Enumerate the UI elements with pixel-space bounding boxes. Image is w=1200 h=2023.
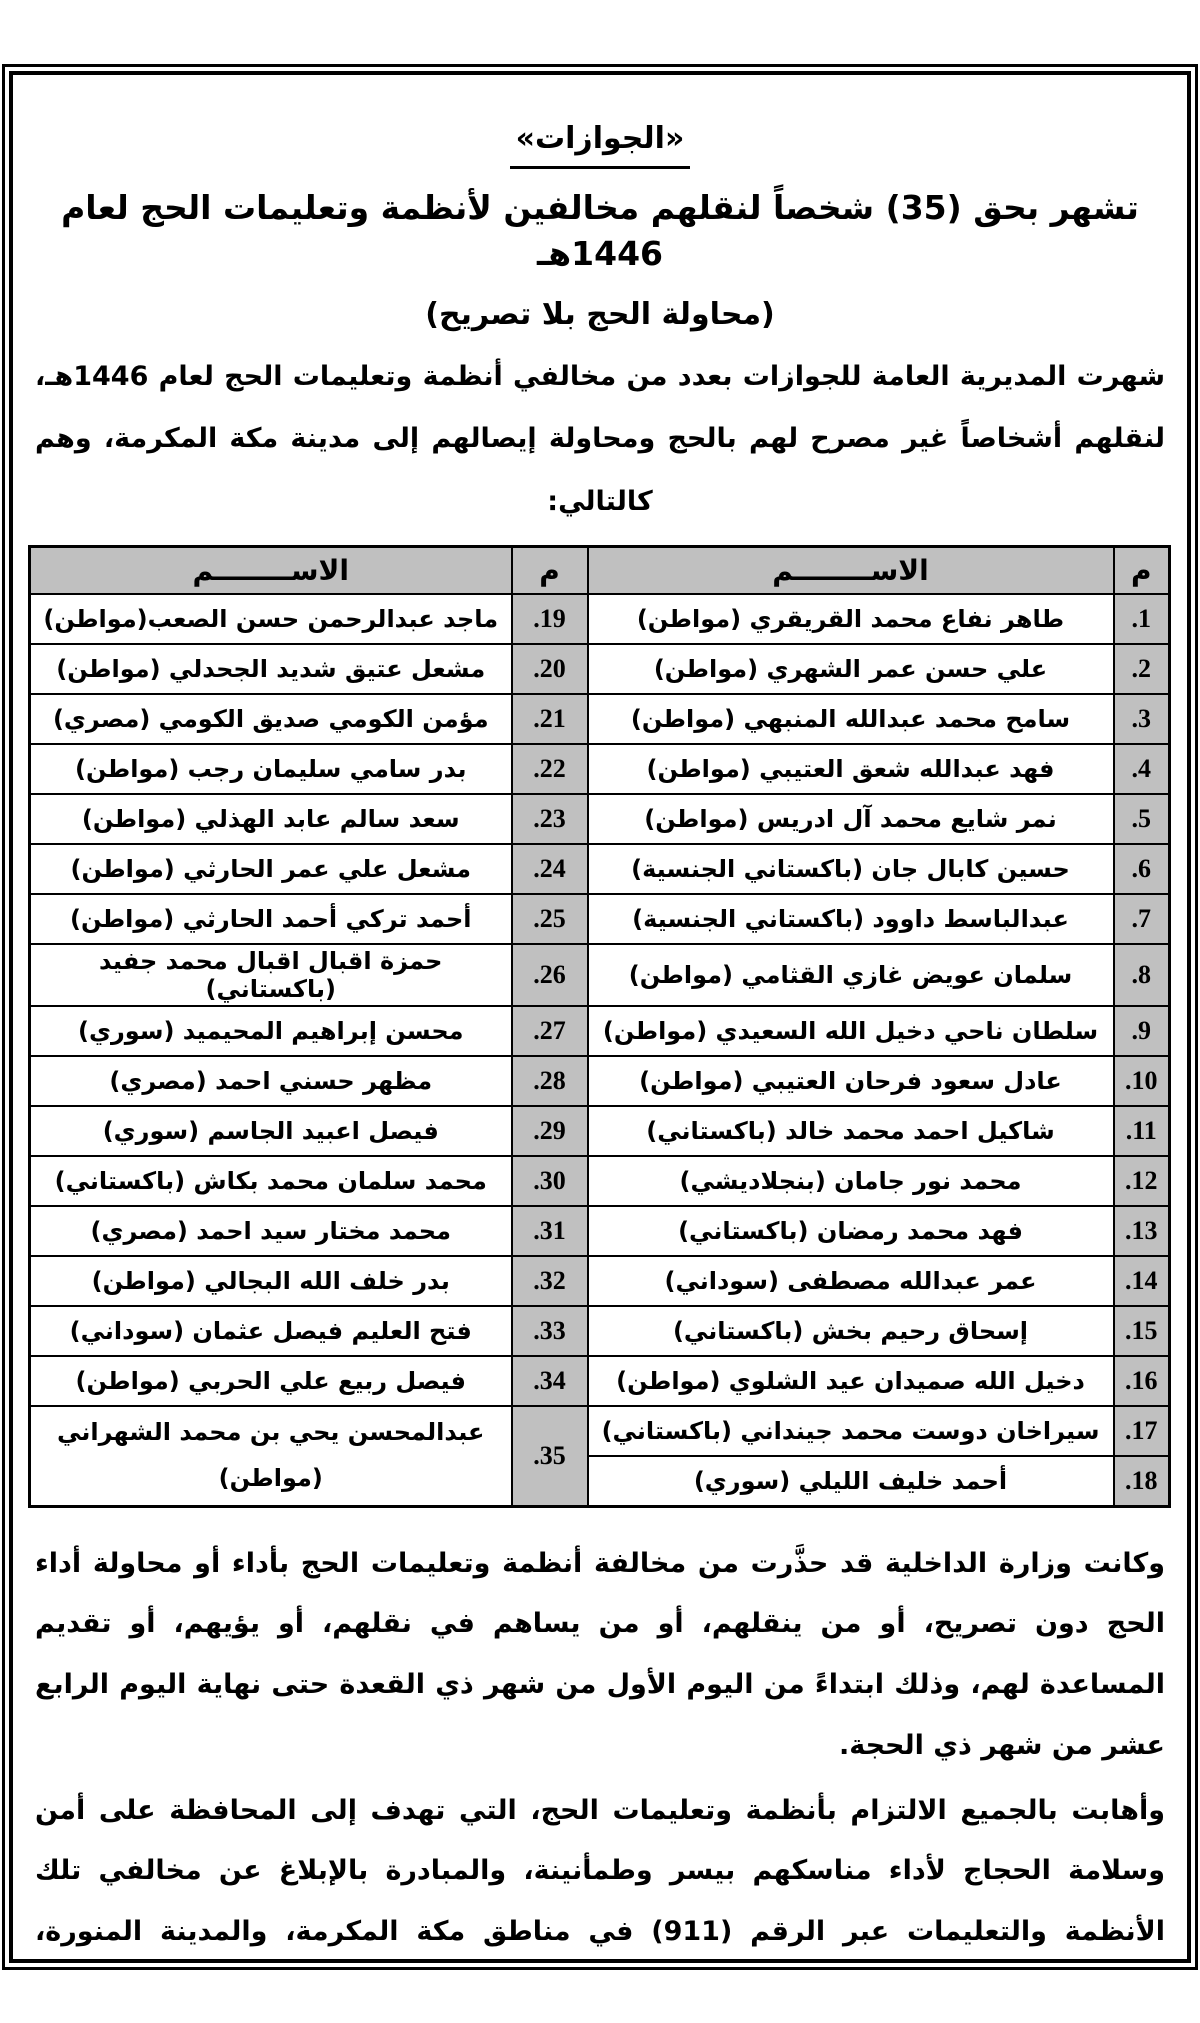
header-name-right: الاســــــــم (588, 546, 1114, 594)
row-number: 7. (1114, 894, 1170, 944)
table-row: 5. نمر شايع محمد آل ادريس (مواطن) 23. سع… (30, 794, 1170, 844)
row-name: مؤمن الكومي صديق الكومي (مصري) (30, 694, 512, 744)
table-row: 1. طاهر نفاع محمد القريقري (مواطن) 19. م… (30, 594, 1170, 644)
closing-paragraph-2: وأهابت بالجميع الالتزام بأنظمة وتعليمات … (35, 1781, 1165, 1963)
row-name: دخيل الله صميدان عيد الشلوي (مواطن) (588, 1356, 1114, 1406)
header-num-left: م (512, 546, 588, 594)
row-name: حسين كابال جان (باكستاني الجنسية) (588, 844, 1114, 894)
row-number: 24. (512, 844, 588, 894)
row-number: 6. (1114, 844, 1170, 894)
document-page: «الجوازات» تشهر بحق (35) شخصاً لنقلهم مخ… (0, 0, 1200, 2023)
table-row: 3. سامح محمد عبدالله المنبهي (مواطن) 21.… (30, 694, 1170, 744)
main-headline: تشهر بحق (35) شخصاً لنقلهم مخالفين لأنظم… (35, 185, 1165, 277)
row-number: 8. (1114, 944, 1170, 1006)
row-number: 19. (512, 594, 588, 644)
sub-headline: (محاولة الحج بلا تصريح) (29, 297, 1171, 332)
row-name: سلطان ناحي دخيل الله السعيدي (مواطن) (588, 1006, 1114, 1056)
table-row: 14. عمر عبدالله مصطفى (سوداني) 32. بدر خ… (30, 1256, 1170, 1306)
row-name: سامح محمد عبدالله المنبهي (مواطن) (588, 694, 1114, 744)
row-name: إسحاق رحيم بخش (باكستاني) (588, 1306, 1114, 1356)
row-name: فيصل اعبيد الجاسم (سوري) (30, 1106, 512, 1156)
row-number: 11. (1114, 1106, 1170, 1156)
row-name: سيراخان دوست محمد جينداني (باكستاني) (588, 1406, 1114, 1456)
row-name: سعد سالم عابد الهذلي (مواطن) (30, 794, 512, 844)
row-name: فتح العليم فيصل عثمان (سوداني) (30, 1306, 512, 1356)
table-row: 7. عبدالباسط داوود (باكستاني الجنسية) 25… (30, 894, 1170, 944)
row-name: عبدالباسط داوود (باكستاني الجنسية) (588, 894, 1114, 944)
page-title: «الجوازات» (510, 121, 691, 169)
row-name: أحمد خليف الليلي (سوري) (588, 1456, 1114, 1506)
table-row: 10. عادل سعود فرحان العتيبي (مواطن) 28. … (30, 1056, 1170, 1106)
row-number: 16. (1114, 1356, 1170, 1406)
table-row: 12. محمد نور جامان (بنجلاديشي) 30. محمد … (30, 1156, 1170, 1206)
row-number: 31. (512, 1206, 588, 1256)
header-num-right: م (1114, 546, 1170, 594)
row-number: 4. (1114, 744, 1170, 794)
table-row: 17. سيراخان دوست محمد جينداني (باكستاني)… (30, 1406, 1170, 1456)
row-number: 22. (512, 744, 588, 794)
table-row: 2. علي حسن عمر الشهري (مواطن) 20. مشعل ع… (30, 644, 1170, 694)
table-row: 9. سلطان ناحي دخيل الله السعيدي (مواطن) … (30, 1006, 1170, 1056)
row-name: فهد محمد رمضان (باكستاني) (588, 1206, 1114, 1256)
row-number: 15. (1114, 1306, 1170, 1356)
row-name: ماجد عبدالرحمن حسن الصعب(مواطن) (30, 594, 512, 644)
row-number: 17. (1114, 1406, 1170, 1456)
row-name: بدر خلف الله البجالي (مواطن) (30, 1256, 512, 1306)
row-number: 25. (512, 894, 588, 944)
row-number: 26. (512, 944, 588, 1006)
row-number: 33. (512, 1306, 588, 1356)
row-number: 28. (512, 1056, 588, 1106)
row-name: فهد عبدالله شعق العتيبي (مواطن) (588, 744, 1114, 794)
row-name: طاهر نفاع محمد القريقري (مواطن) (588, 594, 1114, 644)
title-wrap: «الجوازات» (29, 121, 1171, 169)
row-number: 21. (512, 694, 588, 744)
header-name-left: الاســــــــم (30, 546, 512, 594)
table-row: 15. إسحاق رحيم بخش (باكستاني) 33. فتح ال… (30, 1306, 1170, 1356)
row-name: علي حسن عمر الشهري (مواطن) (588, 644, 1114, 694)
row-name: فيصل ربيع علي الحربي (مواطن) (30, 1356, 512, 1406)
table-row: 13. فهد محمد رمضان (باكستاني) 31. محمد م… (30, 1206, 1170, 1256)
row-name: حمزة اقبال اقبال محمد جفيد (باكستاني) (30, 944, 512, 1006)
row-number: 13. (1114, 1206, 1170, 1256)
page-border-frame: «الجوازات» تشهر بحق (35) شخصاً لنقلهم مخ… (2, 64, 1198, 1970)
table-row: 11. شاكيل احمد محمد خالد (باكستاني) 29. … (30, 1106, 1170, 1156)
row-number: 34. (512, 1356, 588, 1406)
page-content: «الجوازات» تشهر بحق (35) شخصاً لنقلهم مخ… (9, 71, 1191, 1963)
row-name: محمد نور جامان (بنجلاديشي) (588, 1156, 1114, 1206)
row-name: محمد مختار سيد احمد (مصري) (30, 1206, 512, 1256)
row-number: 30. (512, 1156, 588, 1206)
table-row: 8. سلمان عويض غازي القثامي (مواطن) 26. ح… (30, 944, 1170, 1006)
intro-paragraph: شهرت المديرية العامة للجوازات بعدد من مخ… (35, 346, 1165, 532)
closing-paragraph-1: وكانت وزارة الداخلية قد حذَّرت من مخالفة… (35, 1534, 1165, 1777)
row-name: سلمان عويض غازي القثامي (مواطن) (588, 944, 1114, 1006)
row-number: 14. (1114, 1256, 1170, 1306)
table-header-row: م الاســــــــم م الاســــــــم (30, 546, 1170, 594)
row-number: 2. (1114, 644, 1170, 694)
row-number: 5. (1114, 794, 1170, 844)
row-number: 18. (1114, 1456, 1170, 1506)
table-row: 6. حسين كابال جان (باكستاني الجنسية) 24.… (30, 844, 1170, 894)
row-name: عادل سعود فرحان العتيبي (مواطن) (588, 1056, 1114, 1106)
table-row: 16. دخيل الله صميدان عيد الشلوي (مواطن) … (30, 1356, 1170, 1406)
row-name: محسن إبراهيم المحيميد (سوري) (30, 1006, 512, 1056)
row-name: أحمد تركي أحمد الحارثي (مواطن) (30, 894, 512, 944)
row-number: 3. (1114, 694, 1170, 744)
row-number: 12. (1114, 1156, 1170, 1206)
row-number: 35. (512, 1406, 588, 1506)
row-name: مشعل عتيق شديد الجحدلي (مواطن) (30, 644, 512, 694)
row-number: 10. (1114, 1056, 1170, 1106)
row-name: محمد سلمان محمد بكاش (باكستاني) (30, 1156, 512, 1206)
row-name: مشعل علي عمر الحارثي (مواطن) (30, 844, 512, 894)
row-number: 27. (512, 1006, 588, 1056)
row-number: 32. (512, 1256, 588, 1306)
row-number: 20. (512, 644, 588, 694)
row-name: عبدالمحسن يحي بن محمد الشهراني (مواطن) (30, 1406, 512, 1506)
table-row: 4. فهد عبدالله شعق العتيبي (مواطن) 22. ب… (30, 744, 1170, 794)
row-number: 23. (512, 794, 588, 844)
violators-table: م الاســــــــم م الاســــــــم 1. طاهر … (28, 545, 1171, 1508)
row-number: 29. (512, 1106, 588, 1156)
row-name: بدر سامي سليمان رجب (مواطن) (30, 744, 512, 794)
row-name: شاكيل احمد محمد خالد (باكستاني) (588, 1106, 1114, 1156)
row-name: مظهر حسني احمد (مصري) (30, 1056, 512, 1106)
row-name: نمر شايع محمد آل ادريس (مواطن) (588, 794, 1114, 844)
row-number: 9. (1114, 1006, 1170, 1056)
row-number: 1. (1114, 594, 1170, 644)
row-name: عمر عبدالله مصطفى (سوداني) (588, 1256, 1114, 1306)
